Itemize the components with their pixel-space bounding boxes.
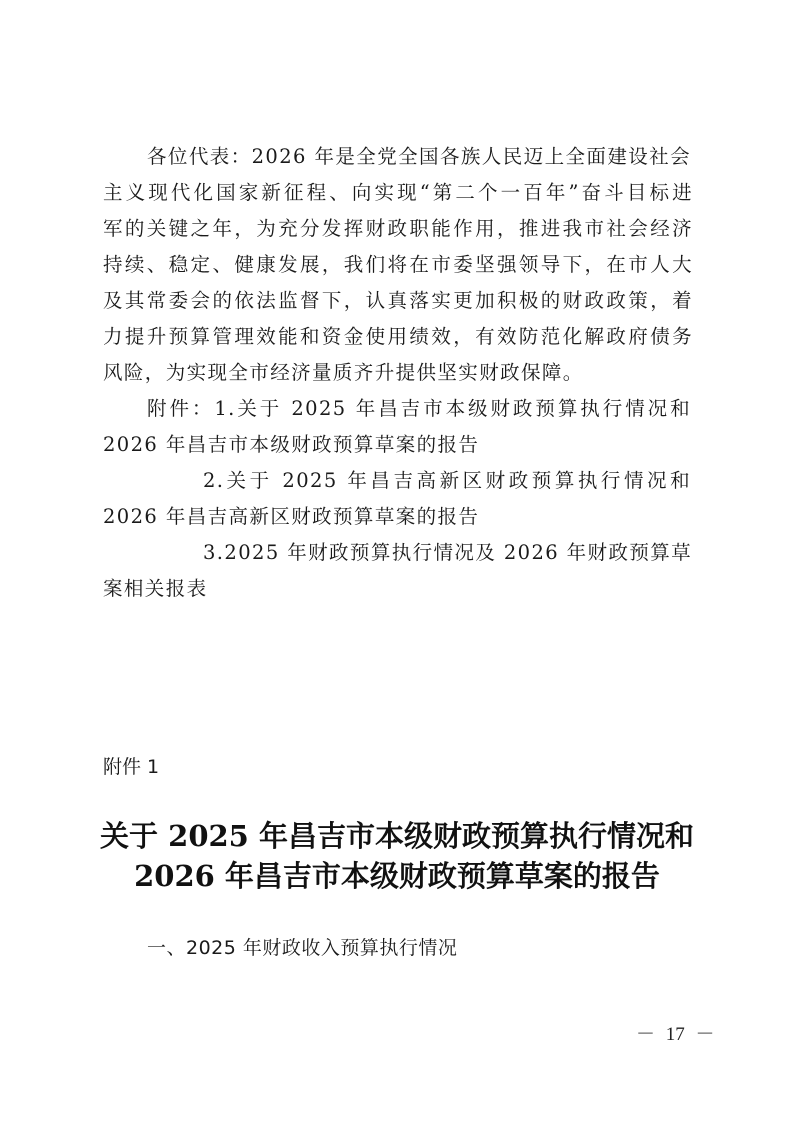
- paragraph-line: 主义现代化国家新征程、向实现“第二个一百年”奋斗目标进: [103, 181, 693, 205]
- page-number: － 17 －: [636, 1019, 715, 1046]
- section-heading: 一、2025 年财政收入预算执行情况: [147, 933, 457, 960]
- paragraph-line: 力提升预算管理效能和资金使用绩效，有效防范化解政府债务: [103, 325, 693, 349]
- attachment-item-2-cont: 2026 年昌吉高新区财政预算草案的报告: [103, 505, 693, 529]
- document-page: 各位代表：2026 年是全党全国各族人民迈上全面建设社会 主义现代化国家新征程、…: [0, 0, 794, 1122]
- attachment-item-1: 附件：1.关于 2025 年昌吉市本级财政预算执行情况和: [147, 397, 691, 421]
- paragraph-line: 风险，为实现全市经济量质齐升提供坚实财政保障。: [103, 361, 693, 385]
- attachment-item-2: 2.关于 2025 年昌吉高新区财政预算执行情况和: [203, 469, 691, 493]
- paragraph-line: 军的关键之年，为充分发挥财政职能作用，推进我市社会经济: [103, 217, 693, 241]
- report-title-line-2: 2026 年昌吉市本级财政预算草案的报告: [90, 856, 704, 896]
- appendix-label: 附件 1: [103, 752, 159, 779]
- paragraph-line: 持续、稳定、健康发展，我们将在市委坚强领导下，在市人大: [103, 253, 693, 277]
- paragraph-line: 各位代表：2026 年是全党全国各族人民迈上全面建设社会: [147, 145, 691, 169]
- report-title-line-1: 关于 2025 年昌吉市本级财政预算执行情况和: [90, 816, 704, 856]
- attachment-item-3-cont: 案相关报表: [103, 577, 693, 601]
- paragraph-line: 及其常委会的依法监督下，认真落实更加积极的财政政策，着: [103, 289, 693, 313]
- attachment-item-3: 3.2025 年财政预算执行情况及 2026 年财政预算草: [203, 541, 691, 565]
- attachment-item-1-cont: 2026 年昌吉市本级财政预算草案的报告: [103, 433, 693, 457]
